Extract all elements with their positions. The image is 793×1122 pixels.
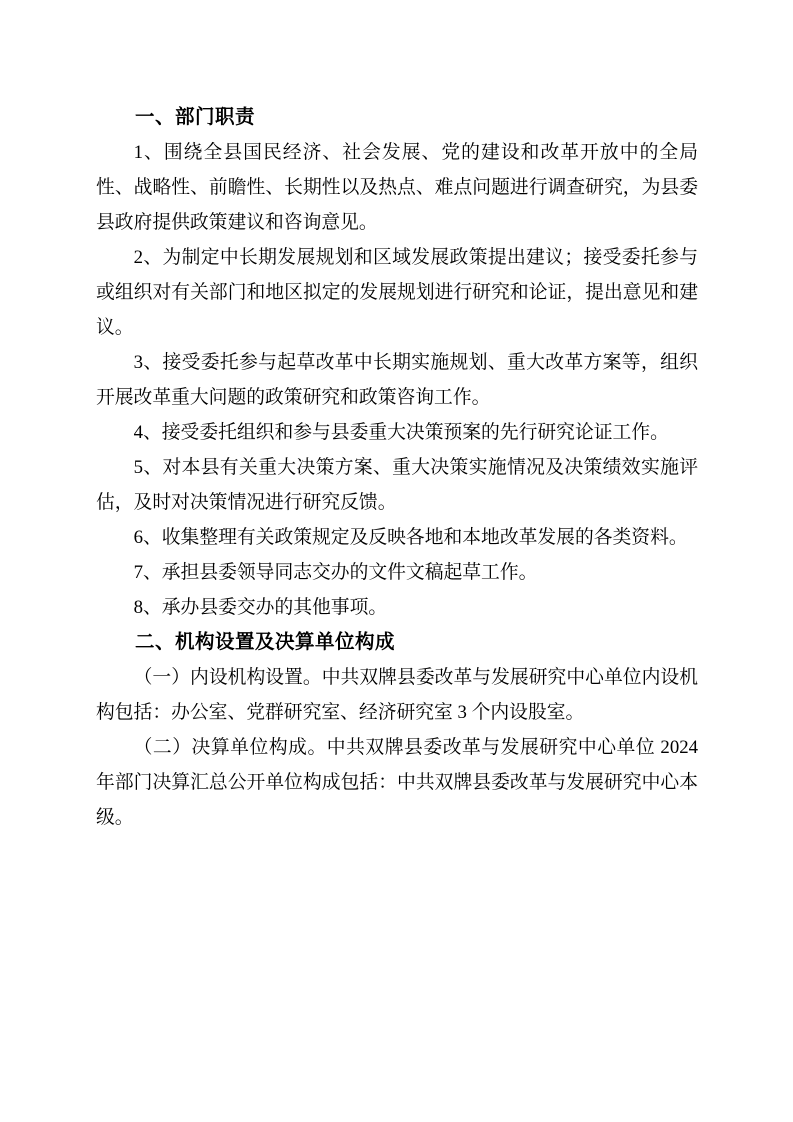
duty-item-7: 7、承担县委领导同志交办的文件文稿起草工作。 bbox=[96, 555, 698, 590]
document-page: 一、部门职责 1、围绕全县国民经济、社会发展、党的建设和改革开放中的全局性、战略… bbox=[0, 0, 793, 1122]
duty-item-2: 2、为制定中长期发展规划和区域发展政策提出建议；接受委托参与或组织对有关部门和地… bbox=[96, 240, 698, 345]
duty-item-8: 8、承办县委交办的其他事项。 bbox=[96, 590, 698, 625]
document-body: 一、部门职责 1、围绕全县国民经济、社会发展、党的建设和改革开放中的全局性、战略… bbox=[96, 100, 698, 835]
budget-unit-paragraph: （二）决算单位构成。中共双牌县委改革与发展研究中心单位 2024 年部门决算汇总… bbox=[96, 730, 698, 835]
section-heading-organization: 二、机构设置及决算单位构成 bbox=[96, 625, 698, 660]
internal-org-paragraph: （一）内设机构设置。中共双牌县委改革与发展研究中心单位内设机构包括：办公室、党群… bbox=[96, 660, 698, 730]
duty-item-6: 6、收集整理有关政策规定及反映各地和本地改革发展的各类资料。 bbox=[96, 520, 698, 555]
section-heading-duties: 一、部门职责 bbox=[96, 100, 698, 135]
duty-item-3: 3、接受委托参与起草改革中长期实施规划、重大改革方案等，组织开展改革重大问题的政… bbox=[96, 345, 698, 415]
duty-item-4: 4、接受委托组织和参与县委重大决策预案的先行研究论证工作。 bbox=[96, 415, 698, 450]
duty-item-1: 1、围绕全县国民经济、社会发展、党的建设和改革开放中的全局性、战略性、前瞻性、长… bbox=[96, 135, 698, 240]
duty-item-5: 5、对本县有关重大决策方案、重大决策实施情况及决策绩效实施评估，及时对决策情况进… bbox=[96, 450, 698, 520]
